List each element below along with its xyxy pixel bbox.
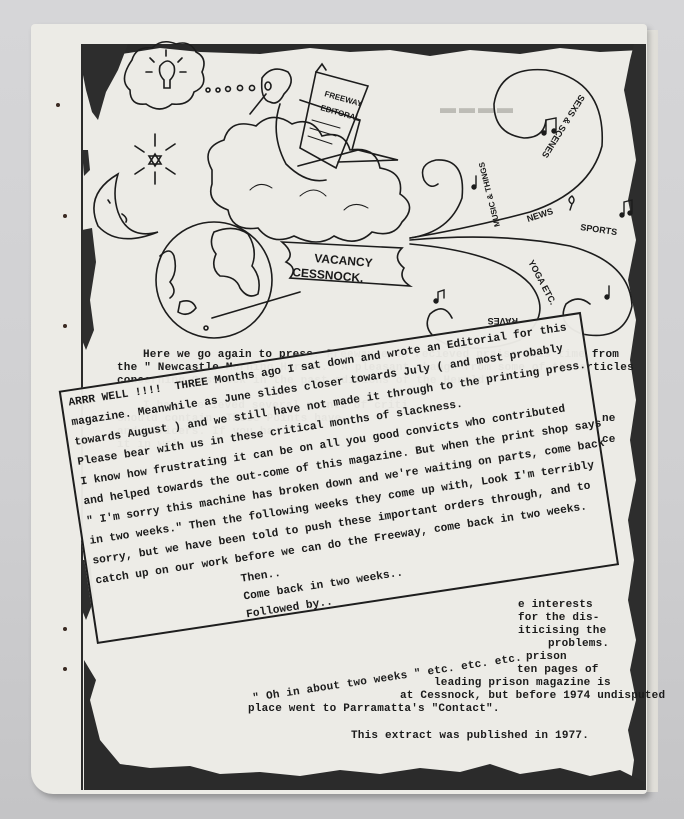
swirl-label-yoga: YOGA ETC. <box>526 258 558 306</box>
editor-figure <box>250 69 398 181</box>
right-col-line-3: iticising the <box>518 625 606 639</box>
swirl-label-sports: SPORTS <box>580 222 618 237</box>
para2-fragment-ne: ne <box>602 413 616 427</box>
right-col-line-4: problems. <box>548 638 609 652</box>
globe-icon <box>156 222 272 338</box>
star-of-david-icon <box>135 134 175 184</box>
right-col-line-6: ten pages of <box>517 664 599 678</box>
right-col-line-9: place went to Parramatta's "Contact". <box>248 703 500 717</box>
editorial-indented-line: Then.. <box>240 568 282 586</box>
lightbulb-icon <box>124 42 204 109</box>
page-content: ▬▬▬▬ <box>0 0 684 819</box>
right-col-line-1: e interests <box>518 599 593 613</box>
swirl-label-sexs-scenes: SEXS & SCENES <box>540 93 587 160</box>
crescent-moon-icon <box>94 174 158 239</box>
footer-note: This extract was published in 1977. <box>351 730 589 744</box>
swirl-lines <box>410 70 632 349</box>
swirl-label-news: NEWS <box>526 206 555 224</box>
swirl-label-music-things: MUSIC & THINGS <box>477 161 502 228</box>
right-col-line-5: prison <box>526 651 567 665</box>
right-col-line-2: for the dis- <box>518 612 600 626</box>
right-col-line-7: leading prison magazine is <box>434 677 611 691</box>
right-col-line-8: at Cessnock, but before 1974 undisputed <box>400 690 665 704</box>
